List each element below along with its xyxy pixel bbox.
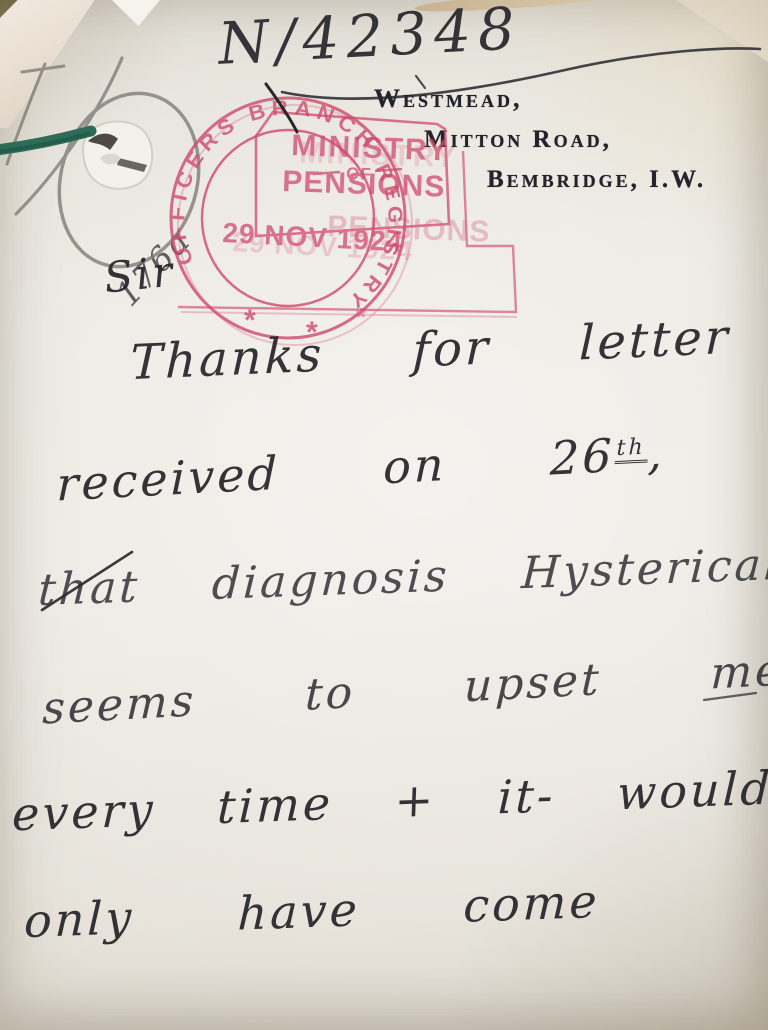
body-line-2-day: 26: [550, 428, 615, 486]
ministry-stamp: MINISTRY OF PENSIONS 29 NOV 1924: [178, 112, 517, 317]
letter-page: N/42348 176a Westmead, Mitton Road, Bemb…: [0, 0, 768, 1030]
stamp-text-pensions: PENSIONS: [282, 165, 446, 204]
body-line-2-ordinal: th: [614, 434, 648, 464]
salutation: Sir: [102, 246, 178, 302]
ink-tick: [416, 76, 425, 88]
stamps-and-marks-layer: OFFICERS BRANCH REGISTRY * * * MINISTRY …: [0, 0, 768, 1030]
